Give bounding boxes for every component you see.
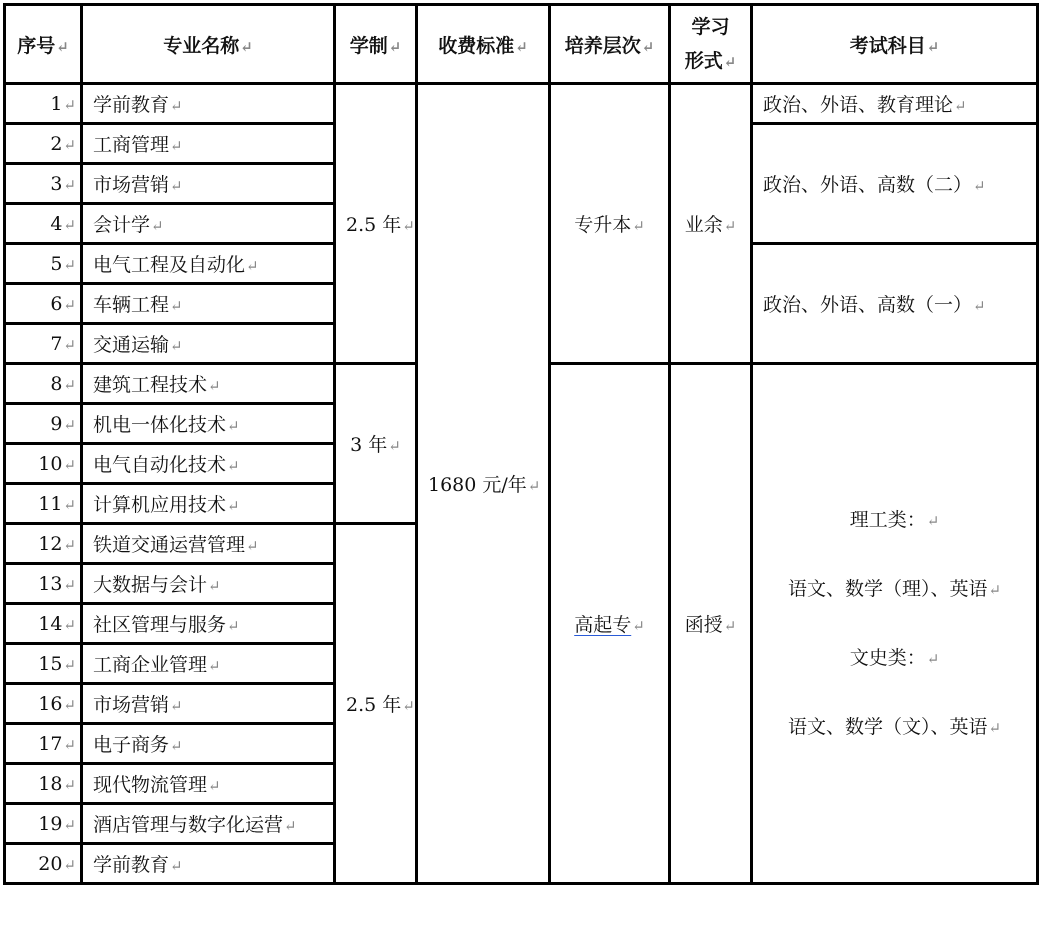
study-mode-cell: 业余↵ [670, 84, 752, 364]
header-index: 序号↵ [5, 5, 82, 84]
exam-subjects-block: 理工类：↵ 语文、数学（理）、英语↵ 文史类：↵ 语文、数学（文）、英语↵ [759, 486, 1030, 762]
row-index: 16↵ [5, 684, 82, 724]
row-index: 4↵ [5, 204, 82, 244]
row-index: 12↵ [5, 524, 82, 564]
row-index: 15↵ [5, 644, 82, 684]
exam-science-label: 理工类：↵ [759, 486, 1030, 555]
row-major: 工商企业管理↵ [82, 644, 335, 684]
majors-table: 序号↵ 专业名称↵ 学制↵ 收费标准↵ 培养层次↵ 学习形式↵ 考试科目↵ 1↵… [3, 3, 1039, 885]
duration-cell: 2.5 年↵ [335, 84, 417, 364]
row-index: 11↵ [5, 484, 82, 524]
row-index: 7↵ [5, 324, 82, 364]
header-exam: 考试科目↵ [752, 5, 1038, 84]
row-index: 8↵ [5, 364, 82, 404]
row-major: 计算机应用技术↵ [82, 484, 335, 524]
exam-cell: 理工类：↵ 语文、数学（理）、英语↵ 文史类：↵ 语文、数学（文）、英语↵ [752, 364, 1038, 884]
row-major: 学前教育↵ [82, 844, 335, 884]
row-major: 电子商务↵ [82, 724, 335, 764]
row-major: 社区管理与服务↵ [82, 604, 335, 644]
row-major: 电气工程及自动化↵ [82, 244, 335, 284]
row-major: 电气自动化技术↵ [82, 444, 335, 484]
row-index: 10↵ [5, 444, 82, 484]
row-index: 17↵ [5, 724, 82, 764]
row-major: 大数据与会计↵ [82, 564, 335, 604]
row-major: 酒店管理与数字化运营↵ [82, 804, 335, 844]
row-index: 14↵ [5, 604, 82, 644]
header-fee: 收费标准↵ [417, 5, 550, 84]
study-mode-cell: 函授↵ [670, 364, 752, 884]
exam-arts-label: 文史类：↵ [759, 624, 1030, 693]
header-major: 专业名称↵ [82, 5, 335, 84]
row-index: 3↵ [5, 164, 82, 204]
row-index: 18↵ [5, 764, 82, 804]
exam-cell: 政治、外语、高数（一）↵ [752, 244, 1038, 364]
header-level: 培养层次↵ [550, 5, 670, 84]
table-row: 1↵ 学前教育↵ 2.5 年↵ 1680 元/年↵ 专升本↵ 业余↵ 政治、外语… [5, 84, 1038, 124]
row-major: 市场营销↵ [82, 164, 335, 204]
level-cell: 高起专↵ [550, 364, 670, 884]
row-major: 机电一体化技术↵ [82, 404, 335, 444]
row-major: 会计学↵ [82, 204, 335, 244]
fee-cell: 1680 元/年↵ [417, 84, 550, 884]
exam-arts-subjects: 语文、数学（文）、英语↵ [759, 693, 1030, 762]
row-index: 13↵ [5, 564, 82, 604]
header-duration: 学制↵ [335, 5, 417, 84]
row-major: 现代物流管理↵ [82, 764, 335, 804]
row-major: 学前教育↵ [82, 84, 335, 124]
row-major: 交通运输↵ [82, 324, 335, 364]
row-major: 工商管理↵ [82, 124, 335, 164]
row-index: 1↵ [5, 84, 82, 124]
row-index: 6↵ [5, 284, 82, 324]
row-index: 5↵ [5, 244, 82, 284]
level-cell: 专升本↵ [550, 84, 670, 364]
row-major: 市场营销↵ [82, 684, 335, 724]
duration-cell: 2.5 年↵ [335, 524, 417, 884]
exam-science-subjects: 语文、数学（理）、英语↵ [759, 555, 1030, 624]
exam-cell: 政治、外语、高数（二）↵ [752, 124, 1038, 244]
exam-cell: 政治、外语、教育理论↵ [752, 84, 1038, 124]
row-index: 20↵ [5, 844, 82, 884]
row-major: 车辆工程↵ [82, 284, 335, 324]
row-index: 2↵ [5, 124, 82, 164]
row-index: 19↵ [5, 804, 82, 844]
header-study-mode: 学习形式↵ [670, 5, 752, 84]
header-row: 序号↵ 专业名称↵ 学制↵ 收费标准↵ 培养层次↵ 学习形式↵ 考试科目↵ [5, 5, 1038, 84]
row-major: 铁道交通运营管理↵ [82, 524, 335, 564]
row-index: 9↵ [5, 404, 82, 444]
duration-cell: 3 年↵ [335, 364, 417, 524]
row-major: 建筑工程技术↵ [82, 364, 335, 404]
